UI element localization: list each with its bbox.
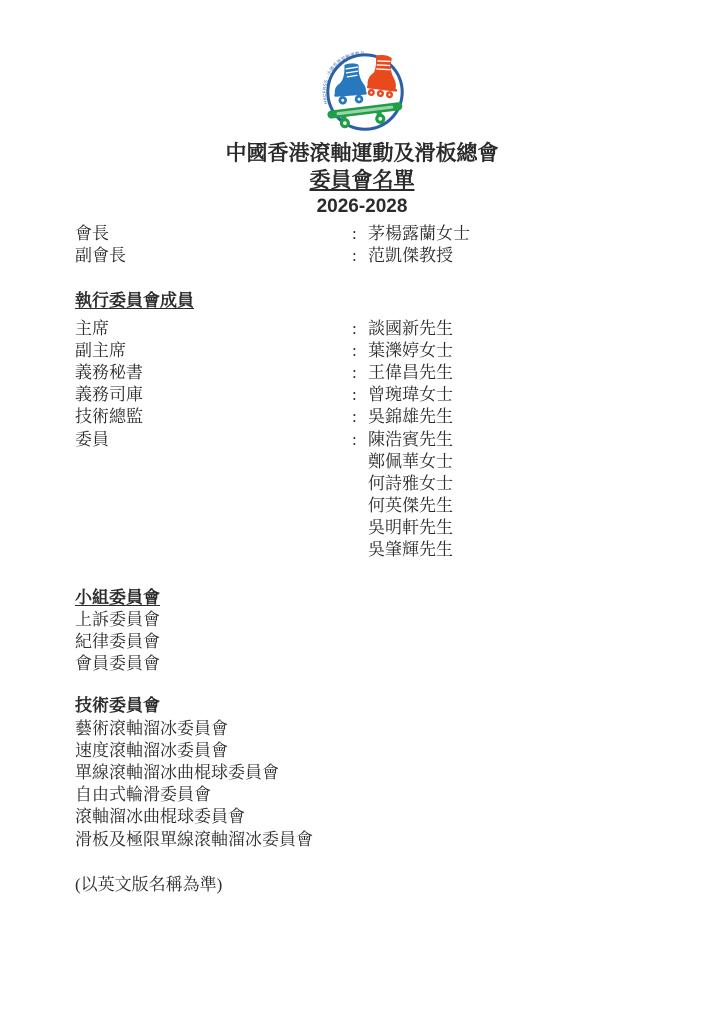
exec-additional-member: 吳明軒先生	[75, 517, 655, 539]
exec-additional-member: 何英傑先生	[75, 495, 655, 517]
officer-label: 副會長	[75, 245, 352, 267]
exec-member-name: 陳浩賓先生	[368, 429, 655, 451]
exec-member-name: 何英傑先生	[368, 495, 655, 517]
officer-name: 茅楊露蘭女士	[368, 223, 655, 245]
exec-member-name: 鄭佩華女士	[368, 451, 655, 473]
exec-row: 技術總監 : 吳錦雄先生	[75, 406, 655, 428]
colon-separator: :	[352, 318, 368, 340]
exec-row: 副主席 : 葉濼婷女士	[75, 340, 655, 362]
colon-separator: :	[352, 429, 368, 451]
exec-member-name: 談國新先生	[368, 318, 655, 340]
document-body: 會長 : 茅楊露蘭女士 副會長 : 范凱傑教授 執行委員會成員 主席 : 談國新…	[75, 223, 655, 896]
exec-member-name: 葉濼婷女士	[368, 340, 655, 362]
technical-committee-name: 單線滾軸溜冰曲棍球委員會	[75, 762, 279, 784]
exec-role-label: 副主席	[75, 340, 352, 362]
term-years: 2026-2028	[0, 194, 724, 219]
subcommittee-name: 上訴委員會	[75, 609, 160, 631]
exec-role-label: 委員	[75, 429, 352, 451]
subcommittee-item: 紀律委員會	[75, 631, 655, 653]
technical-committee-item: 自由式輪滑委員會	[75, 784, 655, 806]
technical-committee-item: 速度滾軸溜冰委員會	[75, 740, 655, 762]
exec-row: 義務司庫 : 曾琬瑋女士	[75, 384, 655, 406]
technical-committee-name: 滑板及極限單線滾軸溜冰委員會	[75, 829, 313, 851]
colon-separator: :	[352, 340, 368, 362]
subcommittees-heading: 小組委員會	[75, 587, 655, 609]
officer-label: 會長	[75, 223, 352, 245]
exec-member-name: 曾琬瑋女士	[368, 384, 655, 406]
exec-member-name: 何詩雅女士	[368, 473, 655, 495]
federation-logo-icon: HKCFRSS · 中國香港滾軸運動及滑板總會	[312, 44, 418, 134]
exec-role-label: 技術總監	[75, 406, 352, 428]
officer-row: 會長 : 茅楊露蘭女士	[75, 223, 655, 245]
exec-member-name: 吳肇輝先生	[368, 539, 655, 561]
subcommittee-item: 上訴委員會	[75, 609, 655, 631]
technical-committee-item: 滑板及極限單線滾軸溜冰委員會	[75, 829, 655, 851]
colon-separator: :	[352, 406, 368, 428]
colon-separator: :	[352, 362, 368, 384]
officer-row: 副會長 : 范凱傑教授	[75, 245, 655, 267]
technical-committee-item: 滾軸溜冰曲棍球委員會	[75, 806, 655, 828]
technical-committees-heading: 技術委員會	[75, 695, 655, 717]
subcommittee-item: 會員委員會	[75, 653, 655, 675]
colon-separator: :	[352, 384, 368, 406]
doc-name-title: 委員會名單	[0, 167, 724, 194]
exec-row: 委員 : 陳浩賓先生	[75, 429, 655, 451]
colon-separator: :	[352, 223, 368, 245]
exec-member-name: 吳錦雄先生	[368, 406, 655, 428]
exec-additional-member: 鄭佩華女士	[75, 451, 655, 473]
subcommittee-name: 紀律委員會	[75, 631, 160, 653]
executive-committee-rows: 主席 : 談國新先生 副主席 : 葉濼婷女士 義務秘書 : 王偉昌先生 義務司庫…	[75, 318, 655, 562]
footnote: (以英文版名稱為準)	[75, 874, 655, 896]
technical-committee-item: 單線滾軸溜冰曲棍球委員會	[75, 762, 655, 784]
exec-row: 主席 : 談國新先生	[75, 318, 655, 340]
title-block: 中國香港滾軸運動及滑板總會 委員會名單 2026-2028	[0, 140, 724, 219]
exec-role-label: 義務司庫	[75, 384, 352, 406]
subcommittee-name: 會員委員會	[75, 653, 160, 675]
exec-member-name: 吳明軒先生	[368, 517, 655, 539]
exec-member-name: 王偉昌先生	[368, 362, 655, 384]
exec-role-label: 主席	[75, 318, 352, 340]
exec-row: 義務秘書 : 王偉昌先生	[75, 362, 655, 384]
exec-additional-member: 吳肇輝先生	[75, 539, 655, 561]
officer-name: 范凱傑教授	[368, 245, 655, 267]
federation-logo: HKCFRSS · 中國香港滾軸運動及滑板總會	[312, 44, 418, 134]
technical-committee-item: 藝術滾軸溜冰委員會	[75, 718, 655, 740]
technical-committee-name: 滾軸溜冰曲棍球委員會	[75, 806, 245, 828]
technical-committee-name: 速度滾軸溜冰委員會	[75, 740, 228, 762]
colon-separator: :	[352, 245, 368, 267]
technical-committee-name: 藝術滾軸溜冰委員會	[75, 718, 228, 740]
exec-additional-member: 何詩雅女士	[75, 473, 655, 495]
executive-committee-heading: 執行委員會成員	[75, 290, 655, 312]
document-page: HKCFRSS · 中國香港滾軸運動及滑板總會	[0, 0, 724, 1024]
technical-committee-name: 自由式輪滑委員會	[75, 784, 211, 806]
exec-role-label: 義務秘書	[75, 362, 352, 384]
org-name-title: 中國香港滾軸運動及滑板總會	[0, 140, 724, 167]
